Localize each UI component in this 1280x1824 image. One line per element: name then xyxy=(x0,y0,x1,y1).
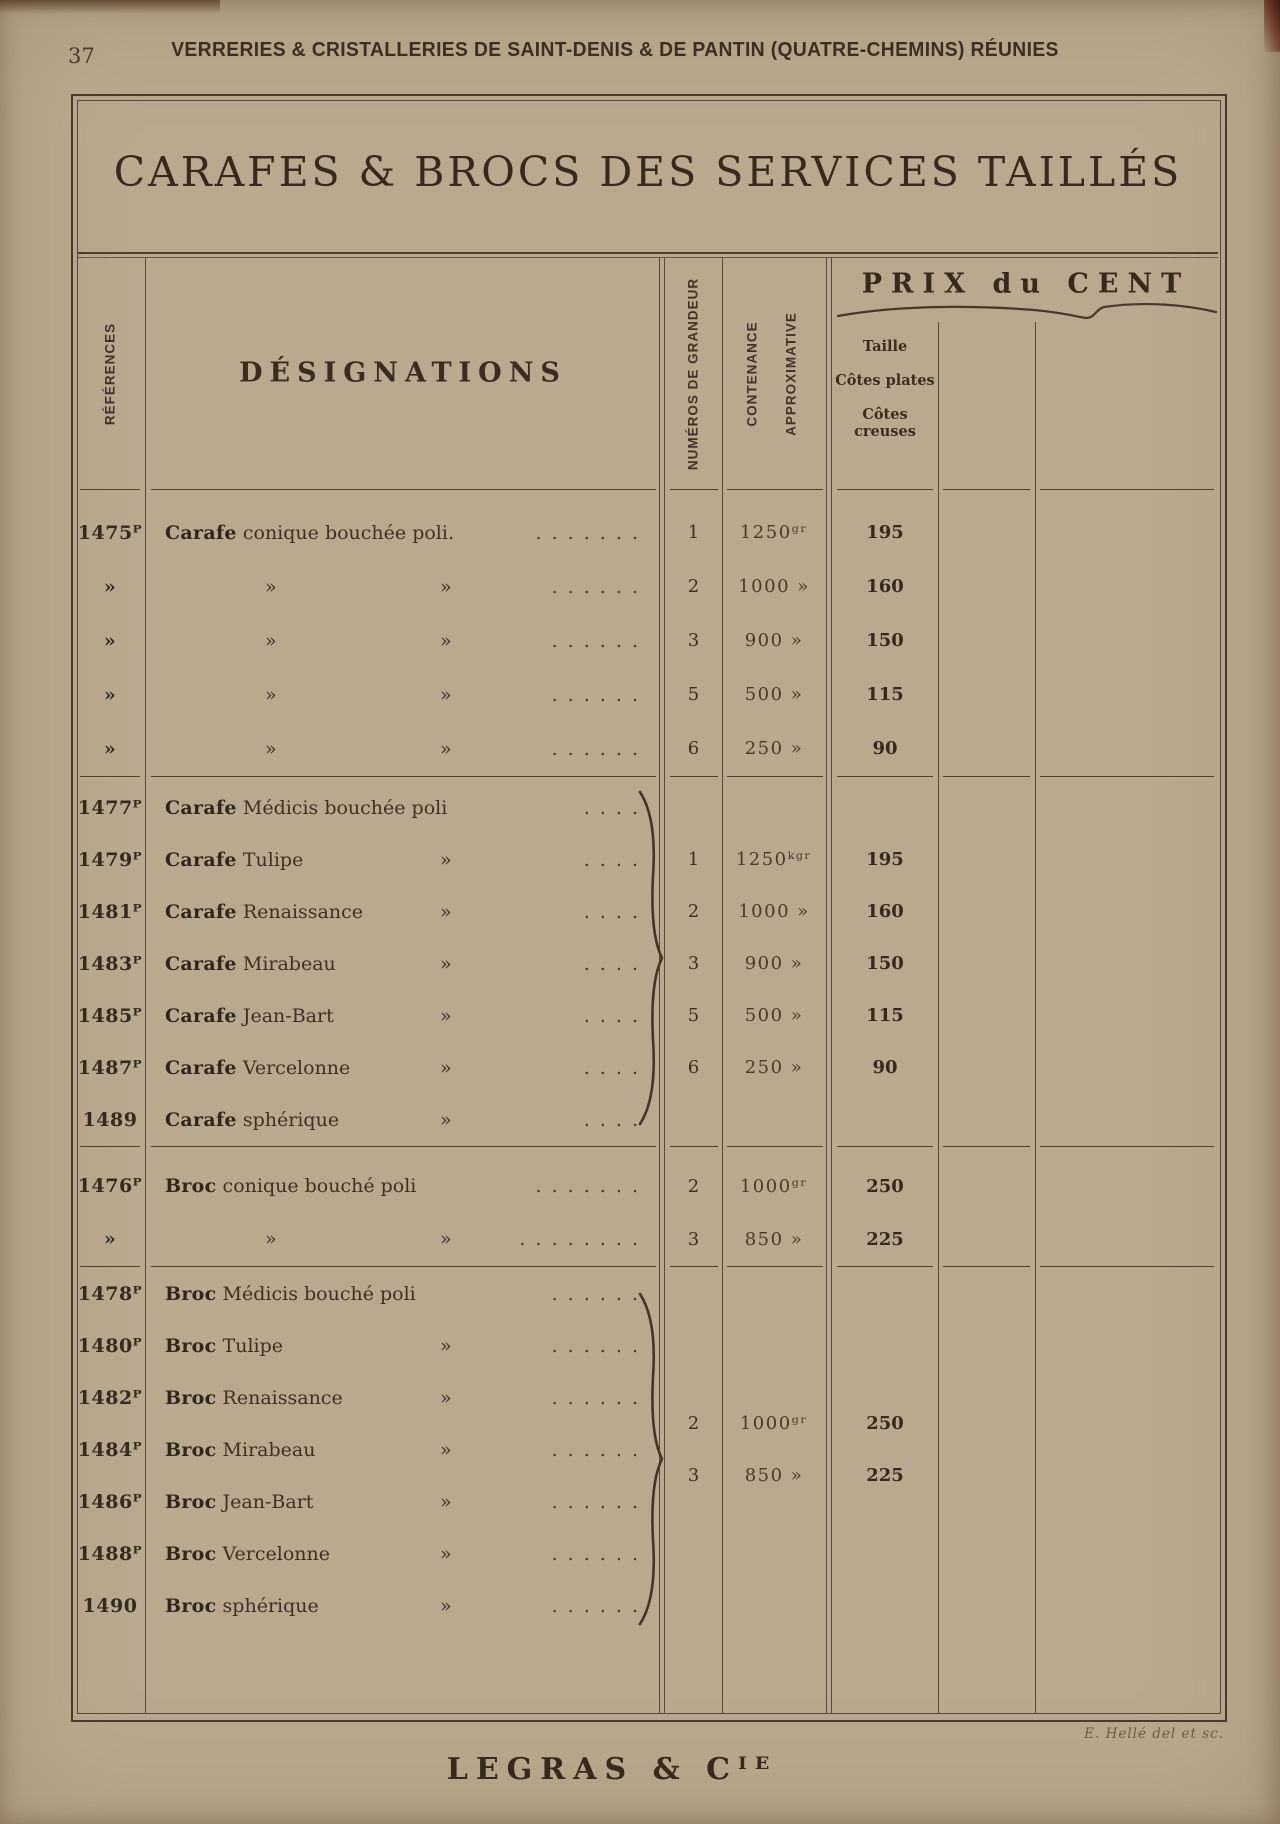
ditto-mark: » xyxy=(265,560,277,614)
leader-dots: . . . . . . . xyxy=(535,1160,640,1213)
leader-dots: . . . . xyxy=(584,938,640,990)
designation-type: Carafe xyxy=(165,797,237,819)
leader-dots: . . . . . . xyxy=(552,1476,640,1528)
price-cell: 160 xyxy=(832,560,938,614)
separator-line xyxy=(837,776,933,777)
capacity-cell: 500 » xyxy=(722,990,826,1042)
capacity-cell: 1000 » xyxy=(722,886,826,938)
price-cell: 195 xyxy=(832,506,938,560)
ditto-mark: » xyxy=(440,1424,452,1476)
leader-dots: . . . . . . xyxy=(552,1528,640,1580)
designation-cell: Broc Renaissance xyxy=(165,1372,343,1424)
reference-cell: 1479ᴾ xyxy=(75,834,145,886)
separator-line xyxy=(151,1146,656,1147)
capacity-cell: 250 » xyxy=(722,1042,826,1094)
price-cell: 150 xyxy=(832,614,938,668)
designation-type: Carafe xyxy=(165,522,237,544)
separator-line xyxy=(943,1266,1030,1267)
leader-dots: . . . . . . . . xyxy=(519,1213,640,1266)
separator-line xyxy=(727,1146,823,1147)
price-cell: 225 xyxy=(832,1450,938,1502)
designation-cell: Carafe sphérique xyxy=(165,1094,339,1146)
price-cell: 90 xyxy=(832,722,938,776)
designation-type: Carafe xyxy=(165,953,237,975)
price-cell: 90 xyxy=(832,1042,938,1094)
designation-cell: Carafe Tulipe xyxy=(165,834,303,886)
capacity-cell: 1000ᵍʳ xyxy=(722,1398,826,1450)
reference-cell: » xyxy=(75,1213,145,1266)
designation-type: Carafe xyxy=(165,1109,237,1131)
separator-line xyxy=(151,776,656,777)
designation-cell: Carafe Jean-Bart xyxy=(165,990,334,1042)
size-number-cell: 2 xyxy=(666,1160,721,1213)
separator-line xyxy=(670,1146,718,1147)
size-number-cell: 2 xyxy=(666,1398,721,1450)
leader-dots: . . . . . . xyxy=(552,1580,640,1632)
separator-line xyxy=(727,776,823,777)
price-cell: 150 xyxy=(832,938,938,990)
reference-cell: 1487ᴾ xyxy=(75,1042,145,1094)
ditto-mark: » xyxy=(440,560,452,614)
capacity-cell: 900 » xyxy=(722,614,826,668)
price-cell: 250 xyxy=(832,1398,938,1450)
reference-cell: 1483ᴾ xyxy=(75,938,145,990)
ditto-mark: » xyxy=(440,990,452,1042)
designation-cell: Broc sphérique xyxy=(165,1580,319,1632)
separator-line xyxy=(837,489,933,490)
reference-cell: 1485ᴾ xyxy=(75,990,145,1042)
ditto-mark: » xyxy=(440,1476,452,1528)
separator-line xyxy=(943,489,1030,490)
reference-cell: 1486ᴾ xyxy=(75,1476,145,1528)
price-cell: 115 xyxy=(832,990,938,1042)
separator-line xyxy=(1040,776,1214,777)
leader-dots: . . . . xyxy=(584,834,640,886)
separator-line xyxy=(837,1266,933,1267)
table-body: 1475ᴾCarafe conique bouchée poli.. . . .… xyxy=(0,0,1280,1824)
ditto-mark: » xyxy=(265,1213,277,1266)
capacity-cell: 1000ᵍʳ xyxy=(722,1160,826,1213)
designation-cell: Broc Mirabeau xyxy=(165,1424,315,1476)
leader-dots: . . . . . . xyxy=(552,1372,640,1424)
leader-dots: . . . . . . xyxy=(552,1268,640,1320)
capacity-cell: 1250ᵏᵍʳ xyxy=(722,834,826,886)
separator-line xyxy=(943,776,1030,777)
ditto-mark: » xyxy=(265,614,277,668)
price-cell: 225 xyxy=(832,1213,938,1266)
separator-line xyxy=(670,1266,718,1267)
separator-line xyxy=(80,1146,140,1147)
leader-dots: . . . . xyxy=(584,1042,640,1094)
designation-type: Broc xyxy=(165,1543,217,1565)
price-cell: 115 xyxy=(832,668,938,722)
designation-cell: Broc Médicis bouché poli xyxy=(165,1268,416,1320)
price-cell: 250 xyxy=(832,1160,938,1213)
separator-line xyxy=(151,489,656,490)
leader-dots: . . . . xyxy=(584,1094,640,1146)
designation-cell: Carafe conique bouchée poli. xyxy=(165,506,454,560)
reference-cell: » xyxy=(75,560,145,614)
separator-line xyxy=(80,776,140,777)
reference-cell: 1490 xyxy=(75,1580,145,1632)
reference-cell: » xyxy=(75,668,145,722)
size-number-cell: 1 xyxy=(666,506,721,560)
reference-cell: 1488ᴾ xyxy=(75,1528,145,1580)
designation-cell: Broc conique bouché poli xyxy=(165,1160,416,1213)
leader-dots: . . . . . . xyxy=(552,668,640,722)
leader-dots: . . . . xyxy=(584,990,640,1042)
ditto-mark: » xyxy=(440,886,452,938)
reference-cell: 1481ᴾ xyxy=(75,886,145,938)
separator-line xyxy=(727,489,823,490)
ditto-mark: » xyxy=(440,1094,452,1146)
reference-cell: 1480ᴾ xyxy=(75,1320,145,1372)
capacity-cell: 900 » xyxy=(722,938,826,990)
capacity-cell: 1250ᵍʳ xyxy=(722,506,826,560)
designation-type: Carafe xyxy=(165,849,237,871)
designation-type: Broc xyxy=(165,1595,217,1617)
separator-line xyxy=(151,1266,656,1267)
separator-line xyxy=(837,1146,933,1147)
ditto-mark: » xyxy=(440,1320,452,1372)
separator-line xyxy=(1040,489,1214,490)
designation-type: Broc xyxy=(165,1283,217,1305)
ditto-mark: » xyxy=(440,1580,452,1632)
ditto-mark: » xyxy=(440,668,452,722)
size-number-cell: 6 xyxy=(666,1042,721,1094)
designation-cell: Broc Tulipe xyxy=(165,1320,283,1372)
leader-dots: . . . . . . xyxy=(552,1320,640,1372)
capacity-cell: 850 » xyxy=(722,1213,826,1266)
designation-type: Carafe xyxy=(165,901,237,923)
designation-cell: Carafe Mirabeau xyxy=(165,938,336,990)
ditto-mark: » xyxy=(440,1042,452,1094)
size-number-cell: 3 xyxy=(666,938,721,990)
size-number-cell: 2 xyxy=(666,886,721,938)
leader-dots: . . . . xyxy=(584,886,640,938)
price-cell: 195 xyxy=(832,834,938,886)
separator-line xyxy=(943,1146,1030,1147)
ditto-mark: » xyxy=(440,1213,452,1266)
ditto-mark: » xyxy=(440,938,452,990)
separator-line xyxy=(80,489,140,490)
ditto-mark: » xyxy=(440,834,452,886)
size-number-cell: 1 xyxy=(666,834,721,886)
size-number-cell: 3 xyxy=(666,614,721,668)
designation-type: Broc xyxy=(165,1387,217,1409)
capacity-cell: 250 » xyxy=(722,722,826,776)
designation-type: Carafe xyxy=(165,1057,237,1079)
leader-dots: . . . . . . . xyxy=(535,506,640,560)
leader-dots: . . . . . . xyxy=(552,560,640,614)
ditto-mark: » xyxy=(265,722,277,776)
ditto-mark: » xyxy=(440,614,452,668)
designation-type: Broc xyxy=(165,1439,217,1461)
size-number-cell: 3 xyxy=(666,1213,721,1266)
reference-cell: 1475ᴾ xyxy=(75,506,145,560)
leader-dots: . . . . xyxy=(584,782,640,834)
designation-type: Carafe xyxy=(165,1005,237,1027)
size-number-cell: 2 xyxy=(666,560,721,614)
separator-line xyxy=(670,489,718,490)
leader-dots: . . . . . . xyxy=(552,722,640,776)
reference-cell: 1482ᴾ xyxy=(75,1372,145,1424)
ditto-mark: » xyxy=(265,668,277,722)
capacity-cell: 1000 » xyxy=(722,560,826,614)
capacity-cell: 500 » xyxy=(722,668,826,722)
reference-cell: 1489 xyxy=(75,1094,145,1146)
designation-type: Broc xyxy=(165,1491,217,1513)
reference-cell: 1476ᴾ xyxy=(75,1160,145,1213)
separator-line xyxy=(80,1266,140,1267)
ditto-mark: » xyxy=(440,1528,452,1580)
reference-cell: 1478ᴾ xyxy=(75,1268,145,1320)
size-number-cell: 6 xyxy=(666,722,721,776)
ditto-mark: » xyxy=(440,722,452,776)
ditto-mark: » xyxy=(440,1372,452,1424)
engraver-credit: E. Hellé del et sc. xyxy=(1084,1726,1224,1742)
leader-dots: . . . . . . xyxy=(552,614,640,668)
designation-cell: Broc Jean-Bart xyxy=(165,1476,313,1528)
leader-dots: . . . . . . xyxy=(552,1424,640,1476)
size-number-cell: 5 xyxy=(666,990,721,1042)
separator-line xyxy=(727,1266,823,1267)
catalog-page: 37 VERRERIES & CRISTALLERIES DE SAINT-DE… xyxy=(0,0,1280,1824)
designation-cell: Broc Vercelonne xyxy=(165,1528,330,1580)
reference-cell: 1477ᴾ xyxy=(75,782,145,834)
size-number-cell: 5 xyxy=(666,668,721,722)
designation-cell: Carafe Médicis bouchée poli xyxy=(165,782,447,834)
designation-cell: Carafe Renaissance xyxy=(165,886,363,938)
reference-cell: » xyxy=(75,722,145,776)
designation-cell: Carafe Vercelonne xyxy=(165,1042,350,1094)
company-footer: LEGRAS & Cᴵᴱ xyxy=(447,1752,778,1787)
separator-line xyxy=(670,776,718,777)
reference-cell: 1484ᴾ xyxy=(75,1424,145,1476)
designation-type: Broc xyxy=(165,1335,217,1357)
price-cell: 160 xyxy=(832,886,938,938)
designation-type: Broc xyxy=(165,1175,217,1197)
separator-line xyxy=(1040,1146,1214,1147)
reference-cell: » xyxy=(75,614,145,668)
capacity-cell: 850 » xyxy=(722,1450,826,1502)
separator-line xyxy=(1040,1266,1214,1267)
size-number-cell: 3 xyxy=(666,1450,721,1502)
